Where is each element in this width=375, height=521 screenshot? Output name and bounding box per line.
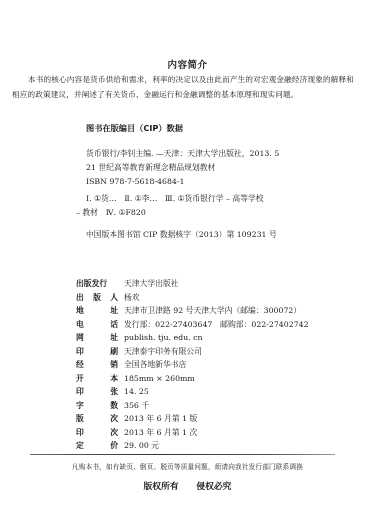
cip-line-title: 货币银行/李钊主编. —天津：天津大学出版社，2013. 5 bbox=[86, 147, 306, 161]
quality-notice: 凡购本书，如有缺页、倒页、脱页等质量问题，烦请向我社发行部门联系调换 bbox=[0, 461, 375, 471]
pub-label: 电话 bbox=[76, 318, 118, 332]
pub-label: 地址 bbox=[76, 304, 118, 318]
pub-value: 185mm × 260mm bbox=[124, 372, 195, 386]
pub-value: 全国各地新华书店 bbox=[124, 358, 186, 372]
pub-row-publisher-person: 出版人 杨欢 bbox=[76, 291, 309, 305]
pub-row-phone: 电话 发行部：022-27403647 邮购部：022-27402742 bbox=[76, 318, 309, 332]
pub-value: 天津市卫津路 92 号天津大学内（邮编：300072） bbox=[124, 304, 301, 318]
pub-value: 发行部：022-27403647 邮购部：022-27402742 bbox=[124, 318, 309, 332]
pub-value: 2013 年 6 月第 1 次 bbox=[124, 426, 197, 440]
pub-value: publish. tju. edu. cn bbox=[124, 331, 202, 345]
publication-info: 出版发行 天津大学出版社 出版人 杨欢 地址 天津市卫津路 92 号天津大学内（… bbox=[76, 277, 309, 453]
rights-statement: 版权所有 侵权必究 bbox=[0, 479, 375, 492]
pub-row-sheets: 印张 14. 25 bbox=[76, 385, 309, 399]
pub-label: 开本 bbox=[76, 372, 118, 386]
cip-record: 货币银行/李钊主编. —天津：天津大学出版社，2013. 5 21 世纪高等教育… bbox=[86, 147, 306, 189]
pub-value: 2013 年 6 月第 1 版 bbox=[124, 412, 197, 426]
cip-classification-line-2: – 教材 Ⅳ. ①F820 bbox=[76, 206, 316, 220]
pub-label: 定价 bbox=[76, 439, 118, 453]
pub-row-website: 网址 publish. tju. edu. cn bbox=[76, 331, 309, 345]
pub-row-distributor: 经销 全国各地新华书店 bbox=[76, 358, 309, 372]
cip-classification: Ⅰ. ①货… Ⅱ. ①李… Ⅲ. ①货币银行学 – 高等学校 – 教材 Ⅳ. ①… bbox=[76, 192, 316, 220]
pub-value: 天津泰宇印务有限公司 bbox=[124, 345, 202, 359]
intro-body: 本书的核心内容是货币供给和需求，利率的决定以及由此而产生的对宏观金融经济现象的解… bbox=[12, 72, 354, 102]
pub-value: 杨欢 bbox=[124, 291, 140, 305]
pub-row-format: 开本 185mm × 260mm bbox=[76, 372, 309, 386]
pub-value: 14. 25 bbox=[124, 385, 149, 399]
pub-label: 经销 bbox=[76, 358, 118, 372]
pub-label: 版次 bbox=[76, 412, 118, 426]
pub-row-price: 定价 29. 00 元 bbox=[76, 439, 309, 453]
pub-value: 天津大学出版社 bbox=[124, 277, 179, 291]
cip-classification-line-1: Ⅰ. ①货… Ⅱ. ①李… Ⅲ. ①货币银行学 – 高等学校 bbox=[76, 192, 316, 206]
pub-row-publisher: 出版发行 天津大学出版社 bbox=[76, 277, 309, 291]
pub-row-word-count: 字数 356 千 bbox=[76, 399, 309, 413]
pub-row-edition: 版次 2013 年 6 月第 1 版 bbox=[76, 412, 309, 426]
pub-row-printer: 印刷 天津泰宇印务有限公司 bbox=[76, 345, 309, 359]
cip-title: 图书在版编目（CIP）数据 bbox=[86, 123, 183, 134]
pub-row-address: 地址 天津市卫津路 92 号天津大学内（邮编：300072） bbox=[76, 304, 309, 318]
pub-label: 印次 bbox=[76, 426, 118, 440]
intro-title: 内容简介 bbox=[0, 57, 375, 71]
pub-label: 字数 bbox=[76, 399, 118, 413]
pub-label: 出版人 bbox=[76, 291, 118, 305]
copyright-page: 内容简介 本书的核心内容是货币供给和需求，利率的决定以及由此而产生的对宏观金融经… bbox=[0, 0, 375, 521]
pub-value: 29. 00 元 bbox=[124, 439, 159, 453]
cip-number: 中国版本图书馆 CIP 数据核字（2013）第 109231 号 bbox=[86, 229, 277, 240]
pub-label: 印刷 bbox=[76, 345, 118, 359]
cip-line-series: 21 世纪高等教育新理念精品规划教材 bbox=[86, 161, 306, 175]
pub-label: 印张 bbox=[76, 385, 118, 399]
pub-row-printing: 印次 2013 年 6 月第 1 次 bbox=[76, 426, 309, 440]
cip-line-isbn: ISBN 978-7-5618-4684-1 bbox=[86, 175, 306, 189]
pub-label: 网址 bbox=[76, 331, 118, 345]
pub-value: 356 千 bbox=[124, 399, 149, 413]
divider-line bbox=[30, 454, 335, 455]
pub-label: 出版发行 bbox=[76, 277, 118, 291]
